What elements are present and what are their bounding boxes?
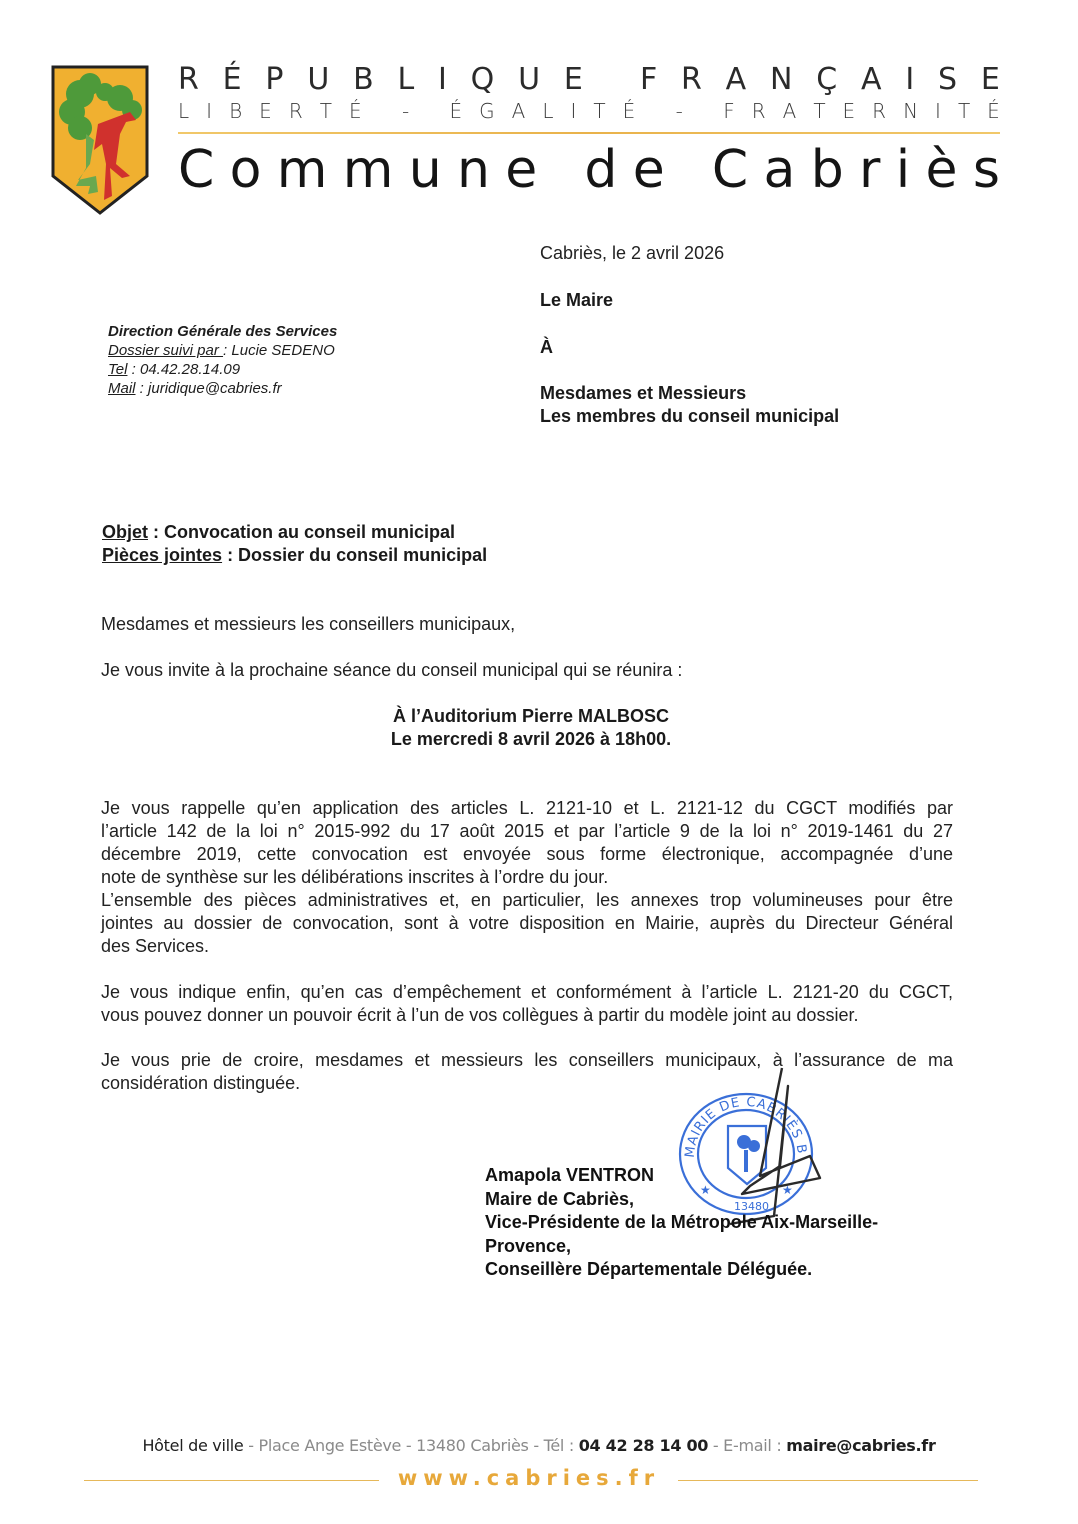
paragraph-line: note de synthèse sur les délibérations i…	[101, 866, 953, 889]
footer-email[interactable]: maire@cabries.fr	[786, 1436, 935, 1455]
recipients-line-1: Mesdames et Messieurs	[540, 382, 839, 405]
paragraph-line: Je vous rappelle qu’en application des a…	[101, 797, 953, 820]
paragraph-documents: L’ensemble des pièces administratives et…	[101, 889, 953, 958]
meeting-venue: À l’Auditorium Pierre MALBOSC	[101, 705, 961, 728]
footer-contact: Hôtel de ville - Place Ange Estève - 134…	[0, 1436, 1078, 1455]
footer-website-link[interactable]: www.cabries.fr	[380, 1466, 678, 1490]
footer-hotel-label: Hôtel de ville	[142, 1436, 243, 1455]
paragraph-legal-reminder: Je vous rappelle qu’en application des a…	[101, 797, 953, 889]
subject-block: Objet : Convocation au conseil municipal…	[102, 521, 487, 567]
footer-rule-right	[678, 1480, 978, 1481]
attachments-value: : Dossier du conseil municipal	[222, 545, 487, 565]
contact-tel: Tel : 04.42.28.14.09	[108, 360, 337, 379]
footer-email-label: - E-mail :	[708, 1436, 786, 1455]
signatory-title-2: Vice-Présidente de la Métropole Aix-Mars…	[485, 1211, 878, 1235]
paragraph-line: décembre 2019, cette convocation est env…	[101, 843, 953, 866]
contact-mail: Mail : juridique@cabries.fr	[108, 379, 337, 398]
objet-value: : Convocation au conseil municipal	[148, 522, 455, 542]
service-name: Direction Générale des Services	[108, 322, 337, 341]
footer-rule-left	[84, 1480, 379, 1481]
footer-address: - Place Ange Estève - 13480 Cabriès - Té…	[243, 1436, 578, 1455]
signatory-title-1: Maire de Cabriès,	[485, 1188, 878, 1212]
recipients-line-2: Les membres du conseil municipal	[540, 405, 839, 428]
header-devise: LIBERTÉ - ÉGALITÉ - FRATERNITÉ	[178, 100, 1000, 122]
paragraph-proxy: Je vous indique enfin, qu’en cas d’empêc…	[101, 981, 953, 1027]
tel-value: : 04.42.28.14.09	[127, 361, 240, 378]
objet-label: Objet	[102, 522, 148, 542]
signatory-name: Amapola VENTRON	[485, 1164, 878, 1188]
paragraph-line: L’ensemble des pièces administratives et…	[101, 889, 953, 912]
followed-by-label: Dossier suivi par	[108, 342, 223, 359]
paragraph-line: jointes au dossier de convocation, sont …	[101, 912, 953, 935]
meeting-details: À l’Auditorium Pierre MALBOSC Le mercred…	[101, 705, 961, 751]
sender: Le Maire	[540, 290, 613, 311]
followed-by-value: : Lucie SEDENO	[223, 342, 335, 359]
tel-label: Tel	[108, 361, 127, 378]
coat-of-arms-icon	[50, 64, 150, 216]
recipients: Mesdames et Messieurs Les membres du con…	[540, 382, 839, 428]
footer-phone: 04 42 28 14 00	[579, 1436, 708, 1455]
followed-by: Dossier suivi par : Lucie SEDENO	[108, 341, 337, 360]
to-label: À	[540, 337, 553, 358]
paragraph-line: Je vous indique enfin, qu’en cas d’empêc…	[101, 981, 953, 1004]
signature-block: Amapola VENTRON Maire de Cabriès, Vice-P…	[485, 1164, 878, 1282]
signatory-title-3: Provence,	[485, 1235, 878, 1259]
attachments-line: Pièces jointes : Dossier du conseil muni…	[102, 544, 487, 567]
meeting-datetime: Le mercredi 8 avril 2026 à 18h00.	[101, 728, 961, 751]
paragraph-line: l’article 142 de la loi n° 2015-992 du 1…	[101, 820, 953, 843]
paragraph-line: des Services.	[101, 935, 953, 958]
invitation: Je vous invite à la prochaine séance du …	[101, 659, 961, 682]
header-divider	[178, 132, 1000, 134]
mail-label: Mail	[108, 380, 136, 397]
contact-block: Direction Générale des Services Dossier …	[108, 322, 337, 398]
objet-line: Objet : Convocation au conseil municipal	[102, 521, 487, 544]
header-commune-title: Commune de Cabriès	[178, 140, 1000, 200]
mail-value[interactable]: : juridique@cabries.fr	[136, 380, 282, 397]
header-republique: RÉPUBLIQUE FRANÇAISE	[178, 64, 1000, 96]
attachments-label: Pièces jointes	[102, 545, 222, 565]
letter-date: Cabriès, le 2 avril 2026	[540, 243, 724, 264]
paragraph-line: vous pouvez donner un pouvoir écrit à l’…	[101, 1004, 953, 1027]
signatory-title-4: Conseillère Départementale Déléguée.	[485, 1258, 878, 1282]
greeting: Mesdames et messieurs les conseillers mu…	[101, 613, 961, 636]
